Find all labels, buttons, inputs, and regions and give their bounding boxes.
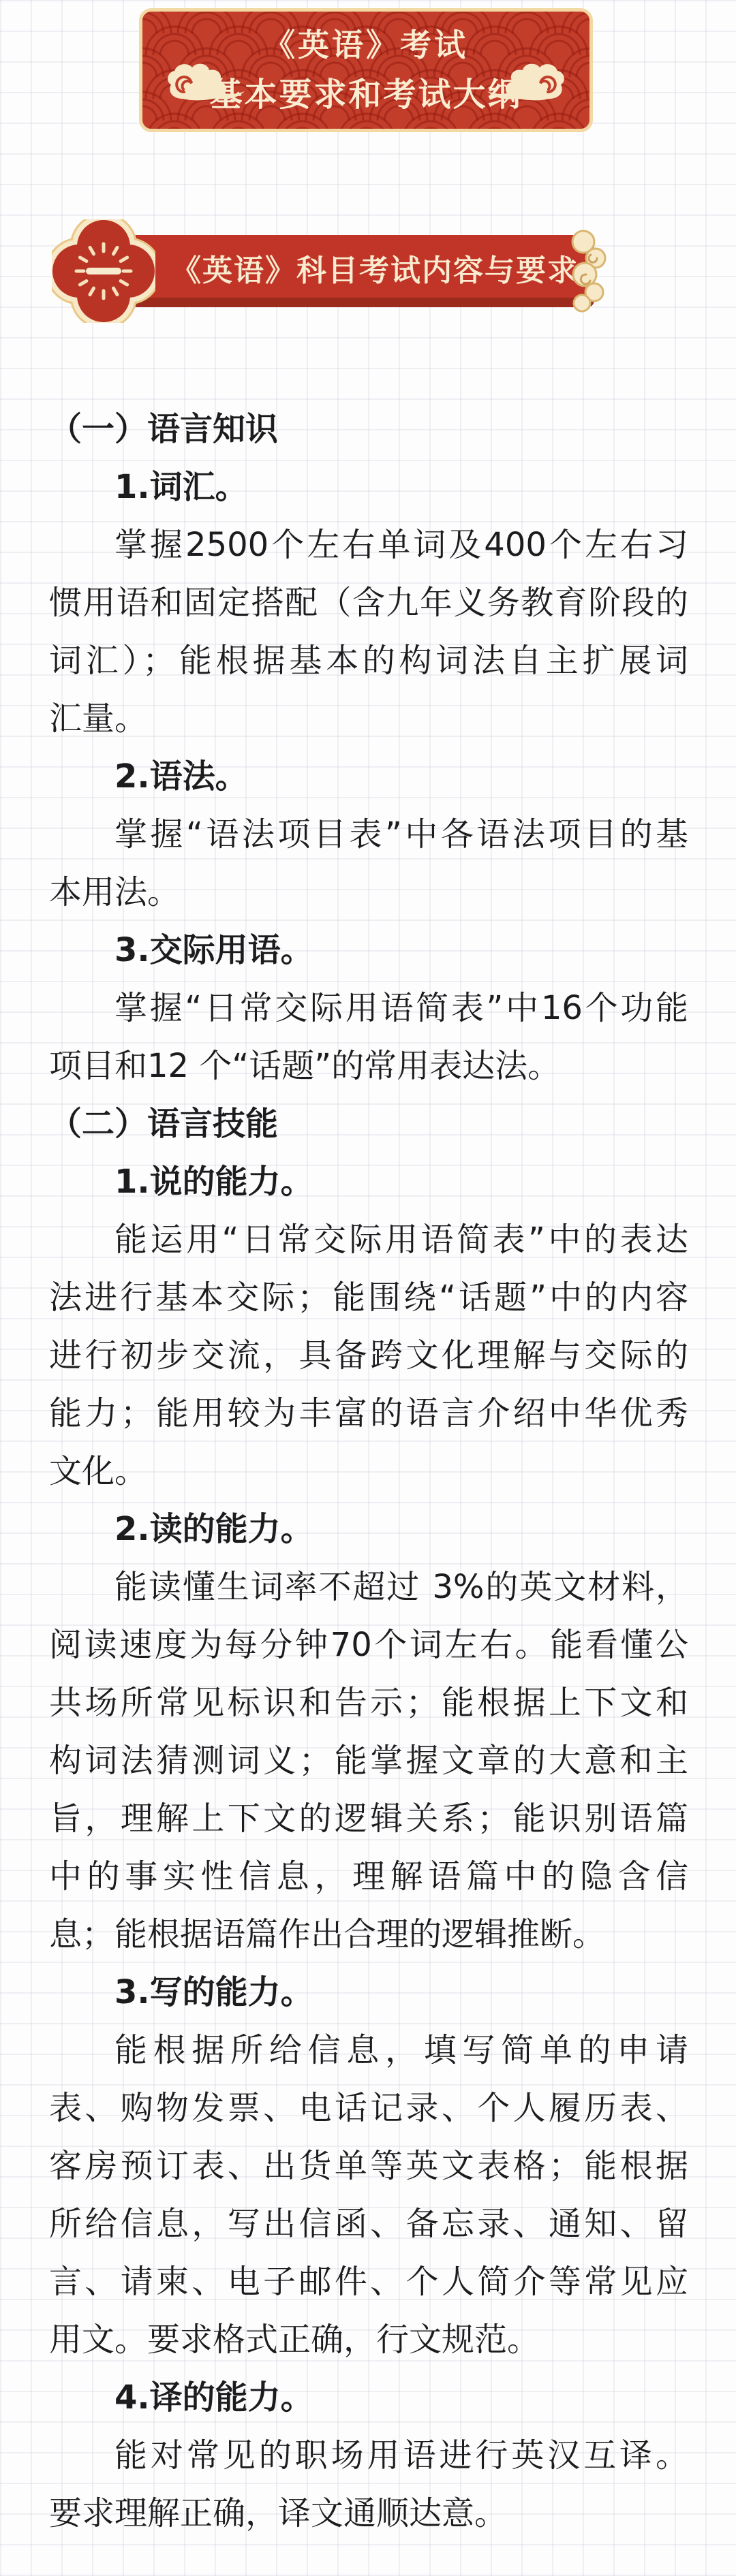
text-line: 3.写的能力。 xyxy=(49,1964,688,2022)
text-line: 能对常见的职场用语进行英汉互译。 xyxy=(49,2427,688,2485)
text-line: 能运用“日常交际用语简表”中的表达 xyxy=(49,1211,688,1269)
section-number-badge xyxy=(52,219,155,323)
text-line: 能力；能用较为丰富的语言介绍中华优秀 xyxy=(49,1385,688,1443)
text-line: 所给信息，写出信函、备忘录、通知、留 xyxy=(49,2195,688,2253)
text-line: 表、购物发票、电话记录、个人履历表、 xyxy=(49,2079,688,2137)
text-line: 项目和12 个“话题”的常用表达法。 xyxy=(49,1037,688,1095)
text-line: 法进行基本交际；能围绕“话题”中的内容 xyxy=(49,1269,688,1327)
text-line: 2.语法。 xyxy=(49,748,688,806)
text-line: 阅读速度为每分钟70个词左右。能看懂公 xyxy=(49,1616,688,1674)
section-title: 《英语》科目考试内容与要求 xyxy=(171,256,579,286)
cloud-icon xyxy=(163,61,246,110)
text-line: 汇量。 xyxy=(49,690,688,748)
cloud-icon xyxy=(486,61,569,110)
section-ribbon: 《英语》科目考试内容与要求 xyxy=(104,235,594,307)
text-line: 惯用语和固定搭配（含九年义务教育阶段的 xyxy=(49,574,688,632)
text-line: 能根据所给信息，填写简单的申请 xyxy=(49,2022,688,2079)
text-line: 词汇）；能根据基本的构词法自主扩展词 xyxy=(49,632,688,690)
text-line: 用文。要求格式正确，行文规范。 xyxy=(49,2311,688,2369)
text-line: （一）语言知识 xyxy=(49,400,688,458)
text-line: 本用法。 xyxy=(49,864,688,922)
text-line: 3.交际用语。 xyxy=(49,922,688,979)
text-line: 能读懂生词率不超过 3%的英文材料， xyxy=(49,1558,688,1616)
text-line: 共场所常见标识和告示；能根据上下文和 xyxy=(49,1674,688,1732)
text-line: 进行初步交流，具备跨文化理解与交际的 xyxy=(49,1327,688,1385)
text-line: （二）语言技能 xyxy=(49,1095,688,1153)
cloud-icon xyxy=(568,228,612,314)
article-page: 《英语》考试 基本要求和考试大纲 《英语》科目考试内容与要求 xyxy=(0,0,736,2576)
section-header: 《英语》科目考试内容与要求 xyxy=(0,219,736,323)
text-line: 言、请柬、电子邮件、个人简介等常见应 xyxy=(49,2253,688,2311)
body-text: （一）语言知识1.词汇。掌握2500个左右单词及400个左右习惯用语和固定搭配（… xyxy=(0,400,736,2543)
text-line: 掌握“语法项目表”中各语法项目的基 xyxy=(49,806,688,864)
text-line: 1.说的能力。 xyxy=(49,1153,688,1211)
text-line: 息；能根据语篇作出合理的逻辑推断。 xyxy=(49,1906,688,1964)
badge-number-bar xyxy=(86,268,121,274)
text-line: 旨，理解上下文的逻辑关系；能识别语篇 xyxy=(49,1790,688,1848)
text-line: 掌握“日常交际用语简表”中16个功能 xyxy=(49,979,688,1037)
title-banner: 《英语》考试 基本要求和考试大纲 xyxy=(139,8,593,132)
text-line: 构词法猜测词义；能掌握文章的大意和主 xyxy=(49,1732,688,1790)
banner-title-line1: 《英语》考试 xyxy=(264,29,468,61)
text-line: 4.译的能力。 xyxy=(49,2369,688,2427)
text-line: 客房预订表、出货单等英文表格；能根据 xyxy=(49,2137,688,2195)
text-line: 要求理解正确，译文通顺达意。 xyxy=(49,2485,688,2543)
text-line: 掌握2500个左右单词及400个左右习 xyxy=(49,516,688,574)
text-line: 中的事实性信息，理解语篇中的隐含信 xyxy=(49,1848,688,1906)
text-line: 文化。 xyxy=(49,1443,688,1501)
banner-title-line2: 基本要求和考试大纲 xyxy=(209,78,522,111)
text-line: 2.读的能力。 xyxy=(49,1501,688,1558)
text-line: 1.词汇。 xyxy=(49,458,688,516)
